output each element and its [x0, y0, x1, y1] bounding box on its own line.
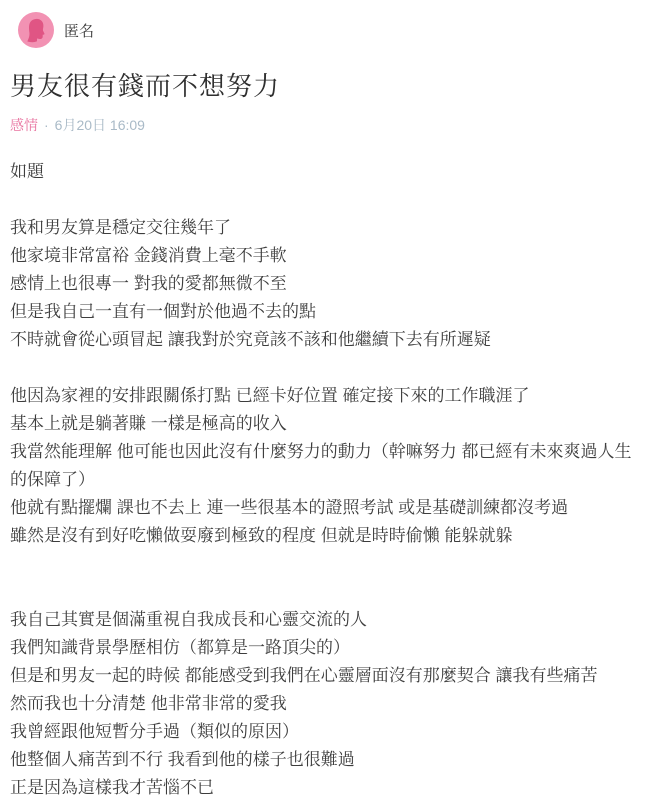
post-title: 男友很有錢而不想努力 — [10, 69, 648, 103]
body-paragraph: 他因為家裡的安排跟關係打點 已經卡好位置 確定接下來的工作職涯了基本上就是躺著賺… — [10, 382, 648, 550]
post-body: 如題我和男友算是穩定交往幾年了他家境非常富裕 金錢消費上毫不手軟感情上也很專一 … — [10, 158, 648, 795]
meta-separator-dot: · — [44, 117, 49, 133]
category-link[interactable]: 感情 — [10, 115, 38, 135]
post-timestamp: 6月20日 16:09 — [55, 115, 145, 135]
body-line: 感情上也很專一 對我的愛都無微不至 — [10, 270, 648, 298]
body-line: 我和男友算是穩定交往幾年了 — [10, 214, 648, 242]
body-line: 雖然是沒有到好吃懶做耍廢到極致的程度 但就是時時偷懶 能躲就躲 — [10, 522, 648, 550]
body-line: 他家境非常富裕 金錢消費上毫不手軟 — [10, 242, 648, 270]
body-paragraph: 我自己其實是個滿重視自我成長和心靈交流的人我們知識背景學歷相仿（都算是一路頂尖的… — [10, 606, 648, 795]
body-line: 他因為家裡的安排跟關係打點 已經卡好位置 確定接下來的工作職涯了 — [10, 382, 648, 410]
body-line: 我自己其實是個滿重視自我成長和心靈交流的人 — [10, 606, 648, 634]
body-line: 不時就會從心頭冒起 讓我對於究竟該不該和他繼續下去有所遲疑 — [10, 326, 648, 354]
body-line: 如題 — [10, 158, 648, 186]
body-line: 正是因為這樣我才苦惱不已 — [10, 774, 648, 795]
body-line: 但是和男友一起的時候 都能感受到我們在心靈層面沒有那麼契合 讓我有些痛苦 — [10, 662, 648, 690]
author-row: 匿名 — [10, 12, 648, 48]
body-line: 我當然能理解 他可能也因此沒有什麼努力的動力（幹嘛努力 都已經有未來爽過人生的保… — [10, 438, 648, 494]
anonymous-avatar — [18, 12, 54, 48]
post-container: 匿名 男友很有錢而不想努力 感情 · 6月20日 16:09 如題我和男友算是穩… — [0, 0, 658, 795]
body-line: 我們知識背景學歷相仿（都算是一路頂尖的） — [10, 634, 648, 662]
body-line: 我曾經跟他短暫分手過（類似的原因） — [10, 718, 648, 746]
post-meta: 感情 · 6月20日 16:09 — [10, 115, 648, 135]
body-line: 他就有點擺爛 課也不去上 連一些很基本的證照考試 或是基礎訓練都沒考過 — [10, 494, 648, 522]
body-line: 他整個人痛苦到不行 我看到他的樣子也很難過 — [10, 746, 648, 774]
body-paragraph: 我和男友算是穩定交往幾年了他家境非常富裕 金錢消費上毫不手軟感情上也很專一 對我… — [10, 214, 648, 354]
body-line: 然而我也十分清楚 他非常非常的愛我 — [10, 690, 648, 718]
body-line: 但是我自己一直有一個對於他過不去的點 — [10, 298, 648, 326]
body-paragraph: 如題 — [10, 158, 648, 186]
body-line: 基本上就是躺著賺 一樣是極高的收入 — [10, 410, 648, 438]
anonymous-person-icon — [18, 12, 54, 48]
author-name: 匿名 — [64, 20, 94, 41]
